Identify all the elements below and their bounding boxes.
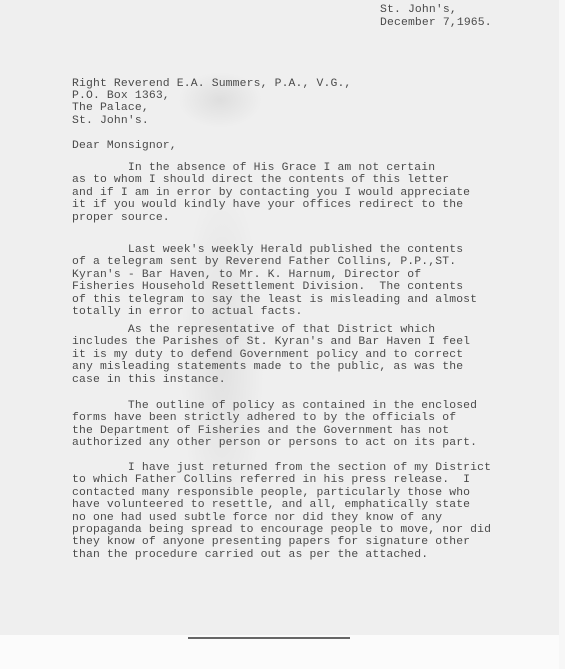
date-block: St. John's, December 7,1965. (380, 4, 492, 29)
paragraph: The outline of policy as contained in th… (72, 400, 477, 450)
paragraph: Last week's weekly Herald published the … (72, 244, 477, 318)
place: St. John's, (380, 4, 457, 16)
address-line: P.O. Box 1363, (72, 90, 170, 102)
salutation: Dear Monsignor, (72, 140, 177, 152)
address-line: St. John's. (72, 115, 149, 127)
paragraph: In the absence of His Grace I am not cer… (72, 162, 470, 224)
address-line: The Palace, (72, 102, 149, 114)
paragraph: As the representative of that District w… (72, 324, 470, 386)
address-line: Right Reverend E.A. Summers, P.A., V.G., (72, 78, 351, 90)
divider-line (188, 637, 350, 639)
paragraph: I have just returned from the section of… (72, 462, 491, 561)
letter-page: St. John's, December 7,1965. Right Rever… (0, 0, 560, 635)
page-edge (559, 0, 565, 669)
date: December 7,1965. (380, 17, 492, 29)
recipient-address: Right Reverend E.A. Summers, P.A., V.G.,… (72, 78, 351, 127)
